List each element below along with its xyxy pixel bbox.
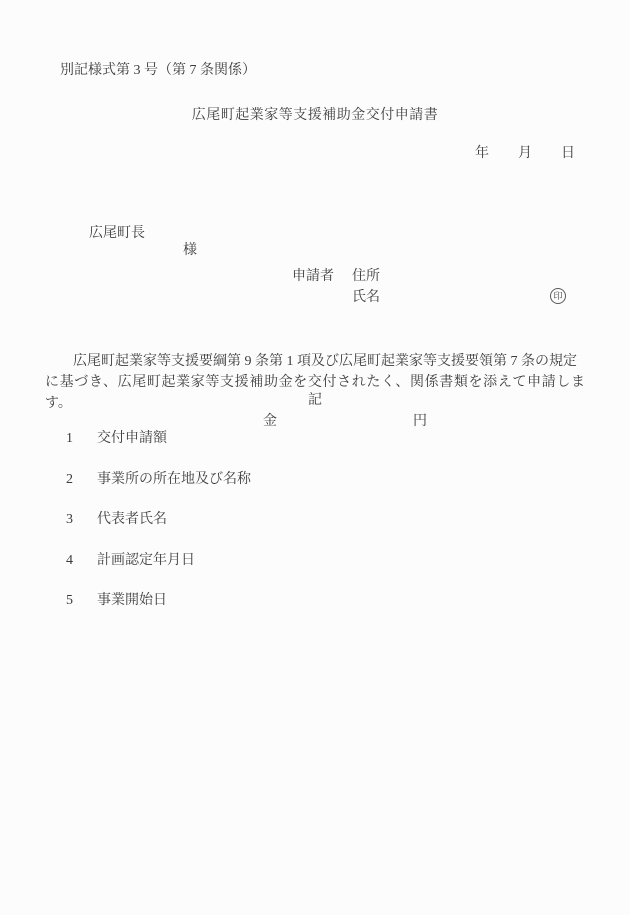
item-number: 4 — [66, 553, 97, 570]
item-number: 3 — [66, 512, 97, 529]
seal-mark-icon: 印 — [550, 288, 566, 304]
addressee-honorific: 様 — [183, 243, 197, 258]
item-number: 2 — [66, 472, 97, 489]
date-day-label: 日 — [561, 146, 575, 163]
amount-prefix-label: 金 — [263, 414, 277, 431]
date-year-label: 年 — [475, 146, 489, 163]
record-mark: 記 — [0, 393, 630, 410]
body-paragraph-line1: 広尾町起業家等支援要綱第 9 条第 1 項及び広尾町起業家等支援要領第 7 条の… — [45, 351, 585, 372]
addressee-name: 広尾町長 — [89, 226, 145, 241]
item-number: 1 — [66, 431, 97, 448]
application-form-page: 別記様式第 3 号（第 7 条関係） 広尾町起業家等支援補助金交付申請書 年 月… — [0, 0, 630, 915]
item-label: 事業開始日 — [97, 593, 167, 608]
date-line: 年 月 日 — [475, 146, 575, 163]
amount-suffix-label: 円 — [413, 414, 427, 431]
list-item-business-start-date: 5事業開始日 — [52, 576, 167, 626]
applicant-label: 申請者 — [292, 269, 334, 286]
date-month-label: 月 — [518, 146, 532, 163]
item-label: 事業所の所在地及び名称 — [97, 472, 251, 487]
item-number: 5 — [66, 593, 97, 610]
item-label: 交付申請額 — [97, 431, 167, 446]
item-label: 代表者氏名 — [97, 512, 167, 527]
document-title: 広尾町起業家等支援補助金交付申請書 — [0, 108, 630, 125]
applicant-address-label: 住所 — [352, 269, 380, 286]
addressee-line: 広尾町長 様 — [75, 209, 197, 276]
item-label: 計画認定年月日 — [97, 553, 195, 568]
form-number: 別記様式第 3 号（第 7 条関係） — [60, 63, 256, 80]
applicant-name-label: 氏名 — [352, 290, 380, 307]
